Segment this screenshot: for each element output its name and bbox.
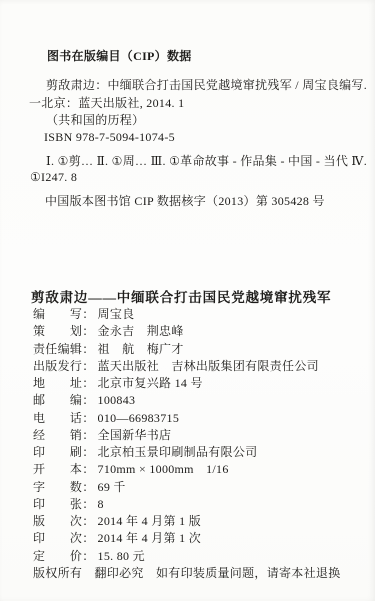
colon-separator: ： [82, 342, 97, 356]
colophon-value: 69 千 [98, 480, 126, 494]
colophon-value: 010—66983715 [98, 411, 180, 425]
colophon-value: 全国新华书店 [98, 428, 172, 442]
colophon-value: 北京市复兴路 14 号 [98, 376, 203, 390]
colophon-row-sheets: 印 张：8 [33, 496, 319, 513]
colon-separator: ： [82, 480, 97, 494]
colon-separator: ： [82, 549, 97, 563]
colophon-label: 出版发行 [33, 359, 82, 373]
colophon-row-price: 定 价：15. 80 元 [33, 548, 319, 565]
colophon-label: 开 本 [33, 462, 82, 476]
colon-separator: ： [82, 514, 97, 528]
colon-separator: ： [82, 445, 97, 459]
colophon-label: 责任编辑 [33, 342, 82, 356]
cip-record-line1: 剪敌肃边：中缅联合打击国民党越境窜扰残军 / 周宝良编写. [46, 79, 367, 92]
colophon-value: 周宝良 [98, 307, 135, 321]
colophon-value: 2014 年 4 月第 1 次 [98, 531, 202, 545]
cip-registry-number: 中国版本图书馆 CIP 数据核字（2013）第 305428 号 [45, 195, 325, 208]
colophon-value: 北京柏玉景印刷制品有限公司 [98, 445, 258, 459]
colophon-row-format: 开 本：710mm × 1000mm 1/16 [33, 461, 319, 478]
colon-separator: ： [82, 462, 97, 476]
cip-header: 图书在版编目（CIP）数据 [47, 50, 192, 63]
book-title: 剪敌肃边——中缅联合打击国民党越境窜扰残军 [31, 291, 331, 304]
colophon-label: 邮 编 [33, 393, 82, 407]
colophon-value: 蓝天出版社 吉林出版集团有限责任公司 [98, 359, 319, 373]
colophon-label: 定 价 [33, 549, 82, 563]
colophon-label: 地 址 [33, 376, 82, 390]
colophon-label: 编 写 [33, 307, 82, 321]
colon-separator: ： [82, 393, 97, 407]
colophon-label: 印 刷 [33, 445, 82, 459]
colophon-row-word-count: 字 数：69 千 [33, 479, 319, 496]
colophon-row-postcode: 邮 编：100843 [33, 392, 319, 409]
colophon-value: 8 [98, 497, 104, 511]
colophon-label: 字 数 [33, 480, 82, 494]
cip-classification-line1: Ⅰ. ①剪… Ⅱ. ①周… Ⅲ. ①革命故事 - 作品集 - 中国 - 当代 Ⅳ… [46, 155, 367, 168]
colon-separator: ： [82, 307, 97, 321]
colophon-label: 印 次 [33, 531, 82, 545]
colon-separator: ： [82, 428, 97, 442]
colophon-row-editor: 编 写：周宝良 [33, 306, 319, 323]
colophon-row-edition: 版 次：2014 年 4 月第 1 版 [33, 513, 319, 530]
colophon-row-printer: 印 刷：北京柏玉景印刷制品有限公司 [33, 444, 319, 461]
colophon-row-address: 地 址：北京市复兴路 14 号 [33, 375, 319, 392]
cip-series-title: （共和国的历程） [46, 114, 144, 127]
copyright-notice: 版权所有 翻印必究 如有印装质量问题，请寄本社退换 [33, 567, 341, 580]
isbn-number: ISBN 978-7-5094-1074-5 [44, 131, 175, 144]
colophon-label: 印 张 [33, 497, 82, 511]
colon-separator: ： [82, 411, 97, 425]
book-copyright-page: 图书在版编目（CIP）数据 剪敌肃边：中缅联合打击国民党越境窜扰残军 / 周宝良… [0, 0, 375, 601]
colophon-value: 祖 航 梅广才 [98, 342, 184, 356]
colon-separator: ： [82, 497, 97, 511]
colophon-value: 100843 [98, 393, 136, 407]
colophon-row-planner: 策 划：金永吉 荆忠峰 [33, 323, 319, 340]
colophon-row-distributor: 经 销：全国新华书店 [33, 427, 319, 444]
colophon-row-telephone: 电 话：010—66983715 [33, 410, 319, 427]
colophon-label: 经 销 [33, 428, 82, 442]
colon-separator: ： [82, 376, 97, 390]
colon-separator: ： [82, 531, 97, 545]
colophon-value: 金永吉 荆忠峰 [98, 324, 184, 338]
cip-record-line2: 一北京：蓝天出版社, 2014. 1 [29, 97, 184, 110]
colophon-block: 编 写：周宝良 策 划：金永吉 荆忠峰 责任编辑：祖 航 梅广才 出版发行：蓝天… [33, 306, 319, 565]
colon-separator: ： [82, 359, 97, 373]
cip-classification-line2: ①I247. 8 [30, 171, 77, 184]
colon-separator: ： [82, 324, 97, 338]
colophon-row-publisher: 出版发行：蓝天出版社 吉林出版集团有限责任公司 [33, 358, 319, 375]
colophon-row-responsible-editor: 责任编辑：祖 航 梅广才 [33, 341, 319, 358]
colophon-row-impression: 印 次：2014 年 4 月第 1 次 [33, 530, 319, 547]
colophon-label: 电 话 [33, 411, 82, 425]
colophon-label: 版 次 [33, 514, 82, 528]
colophon-value: 710mm × 1000mm 1/16 [98, 462, 229, 476]
colophon-value: 15. 80 元 [98, 549, 145, 563]
colophon-label: 策 划 [33, 324, 82, 338]
colophon-value: 2014 年 4 月第 1 版 [98, 514, 202, 528]
